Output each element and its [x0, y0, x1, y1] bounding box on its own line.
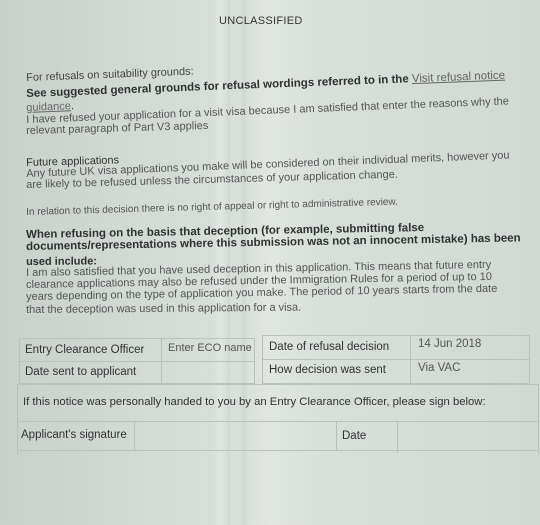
deception-body-line-4: that the deception was used in this appl… — [26, 302, 301, 316]
table-border — [262, 335, 529, 336]
section-border — [134, 421, 135, 450]
how-sent-field[interactable]: Via VAC — [418, 362, 460, 374]
guidance-suffix: . — [71, 100, 75, 112]
table-border — [19, 338, 20, 384]
refusal-date-field[interactable]: 14 Jun 2018 — [418, 338, 481, 350]
table-border — [19, 338, 255, 339]
signature-label: Applicant's signature — [21, 429, 127, 441]
date-sent-field[interactable] — [168, 366, 248, 380]
table-border — [19, 361, 255, 362]
table-border — [254, 338, 255, 384]
suitability-heading: For refusals on suitability grounds: — [26, 66, 194, 84]
eco-label: Entry Clearance Officer — [25, 344, 144, 356]
date-sent-label: Date sent to applicant — [25, 366, 136, 378]
signature-prompt: If this notice was personally handed to … — [23, 396, 486, 408]
section-border — [336, 421, 337, 450]
section-border — [17, 450, 539, 451]
section-border — [17, 421, 539, 422]
classification-label: UNCLASSIFIED — [219, 15, 303, 27]
section-border — [17, 384, 18, 454]
table-border — [161, 338, 162, 384]
visit-refusal-notice-link[interactable]: Visit refusal notice — [412, 70, 506, 86]
table-border — [529, 335, 530, 383]
table-border — [262, 335, 263, 383]
refusal-date-label: Date of refusal decision — [269, 341, 389, 353]
signature-field[interactable] — [136, 423, 334, 449]
table-border — [410, 335, 411, 383]
section-border — [538, 384, 539, 454]
date-label: Date — [342, 430, 366, 442]
section-border — [17, 384, 539, 385]
eco-name-field[interactable]: Enter ECO name — [168, 342, 252, 354]
refusal-reason-line-1: I have refused your application for a vi… — [26, 95, 509, 126]
signature-date-field[interactable] — [399, 423, 537, 449]
suitability-heading-text: For refusals on suitability grounds: — [26, 66, 194, 84]
how-sent-label: How decision was sent — [269, 364, 386, 376]
table-border — [262, 359, 529, 360]
section-border — [397, 421, 398, 453]
